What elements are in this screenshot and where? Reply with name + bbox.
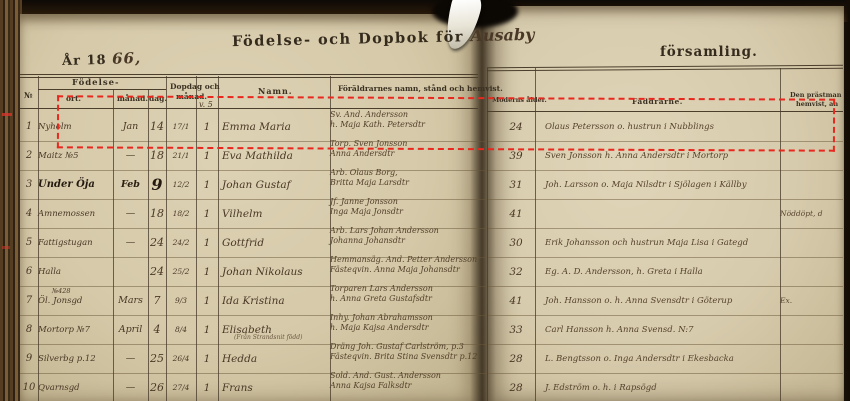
cell-godparents: Eg. A. D. Andersson, h. Greta i Halla bbox=[537, 267, 780, 277]
header-no: № bbox=[24, 90, 33, 100]
record-row: 10 Qvarnsgd — 26 27/4 1 Frans Sold. And.… bbox=[20, 373, 850, 401]
cell-number: 3 bbox=[20, 179, 38, 190]
cell-father: Arb. Olaus Borg, bbox=[330, 168, 482, 178]
cell-month: April bbox=[113, 324, 148, 335]
record-row: 4 Amnemossen — 18 18/2 1 Vilhelm Jf. Jan… bbox=[20, 199, 850, 228]
cell-father: Torparen Lars Andersson bbox=[330, 284, 482, 294]
cell-number: 4 bbox=[20, 208, 38, 219]
header-dopdag-1: Dopdag och bbox=[170, 82, 220, 91]
cell-mother-age: 28 bbox=[495, 382, 537, 394]
cell-godparents: Joh. Larsson o. Maja Nilsdtr i Sjölagen … bbox=[537, 180, 780, 190]
cell-baptism-date: 18/2 bbox=[166, 209, 196, 218]
record-row: 9 Silverbg p.12 — 25 26/4 1 Hedda Dräng … bbox=[20, 344, 850, 373]
cell-number: 2 bbox=[20, 150, 38, 161]
cell-birthplace: Maitz №5 bbox=[38, 151, 113, 161]
cell-mother: Britta Maja Larsdtr bbox=[330, 178, 482, 188]
cell-child-count: 1 bbox=[196, 295, 218, 307]
record-row: 6 Halla 24 25/2 1 Johan Nikolaus Hemmans… bbox=[20, 257, 850, 286]
cell-baptism-date: 25/2 bbox=[166, 267, 196, 276]
cell-birthplace: Under Öja bbox=[38, 179, 113, 190]
cell-father: Jf. Janne Jonsson bbox=[330, 197, 482, 207]
cell-parents: Arb. Olaus Borg,Britta Maja Larsdtr bbox=[330, 168, 482, 187]
cell-baptism-date: 8/4 bbox=[166, 325, 196, 334]
cell-mother: h. Maja Kajsa Andersdtr bbox=[330, 323, 482, 333]
rule-header-top-left bbox=[20, 74, 478, 75]
cell-month: — bbox=[113, 382, 148, 393]
highlight-annotation-box bbox=[57, 95, 835, 151]
cell-name: Frans bbox=[218, 382, 330, 394]
cell-birthplace-note: №428 bbox=[52, 287, 71, 295]
cell-mother-age: 41 bbox=[495, 208, 537, 220]
cell-parents: Torparen Lars Anderssonh. Anna Greta Gus… bbox=[330, 284, 482, 303]
cell-mother-age: 39 bbox=[495, 150, 537, 162]
cell-month: — bbox=[113, 208, 148, 219]
cell-baptism-date: 24/2 bbox=[166, 238, 196, 247]
cell-name: Elisabeth(Från Strandsnit född) bbox=[218, 324, 330, 336]
cell-child-count: 1 bbox=[196, 179, 218, 191]
cell-month: Feb bbox=[113, 179, 148, 190]
cell-father: Dräng Joh. Gustaf Carlström, p.3 bbox=[330, 342, 482, 352]
cell-name: Gottfrid bbox=[218, 237, 330, 249]
cell-remark: Ex. bbox=[780, 296, 850, 305]
cell-mother: Fästeqvin. Brita Stina Svensdtr p.12 bbox=[330, 352, 482, 362]
cell-month: — bbox=[113, 150, 148, 161]
book-title-parish-handwritten: Ausaby bbox=[470, 25, 534, 45]
red-stray-mark bbox=[2, 246, 10, 249]
cell-baptism-date: 21/1 bbox=[166, 151, 196, 160]
cell-mother-age: 30 bbox=[495, 237, 537, 249]
cell-parents: Dräng Joh. Gustaf Carlström, p.3Fästeqvi… bbox=[330, 342, 482, 361]
cell-number: 5 bbox=[20, 237, 38, 248]
cell-day: 24 bbox=[148, 265, 166, 278]
cell-godparents: Erik Johansson och hustrun Maja Lisa i G… bbox=[537, 238, 780, 248]
cell-day: 26 bbox=[148, 381, 166, 394]
record-row: 8 Mortorp №7 April 4 8/4 1 Elisabeth(Frå… bbox=[20, 315, 850, 344]
year-line: År 18 66, bbox=[62, 49, 142, 69]
cell-father: Arb. Lars Johan Andersson bbox=[330, 226, 482, 236]
cell-child-count: 1 bbox=[196, 237, 218, 249]
cell-father: Sold. And. Gust. Andersson bbox=[330, 371, 482, 381]
cell-birthplace: Amnemossen bbox=[38, 209, 113, 219]
cell-birthplace: №428Öl. Jonsgd bbox=[38, 296, 113, 306]
cell-mother: Inga Maja Jonsdtr bbox=[330, 207, 482, 217]
cell-name: Ida Kristina bbox=[218, 295, 330, 307]
register-book-scan: Födelse- och Dopbok för Ausaby församlin… bbox=[0, 0, 850, 401]
cell-number: 6 bbox=[20, 266, 38, 277]
book-binding bbox=[0, 0, 22, 401]
cell-mother-age: 31 bbox=[495, 179, 537, 191]
cell-mother-age: 33 bbox=[495, 324, 537, 336]
cell-day: 18 bbox=[148, 149, 166, 162]
cell-mother-age: 41 bbox=[495, 295, 537, 307]
cell-number: 7 bbox=[20, 295, 38, 306]
cell-parents: Sold. And. Gust. AnderssonAnna Kajsa Fal… bbox=[330, 371, 482, 390]
cell-day: 18 bbox=[148, 207, 166, 220]
cell-number: 8 bbox=[20, 324, 38, 335]
cell-parents: Arb. Lars Johan AnderssonJohanna Johansd… bbox=[330, 226, 482, 245]
year-printed: År 18 bbox=[62, 53, 107, 69]
cell-name: Johan Nikolaus bbox=[218, 266, 330, 278]
cell-child-count: 1 bbox=[196, 266, 218, 278]
header-birth-group: Födelse- bbox=[72, 78, 120, 88]
cell-godparents: Carl Hansson h. Anna Svensd. N:7 bbox=[537, 325, 780, 335]
cell-mother: Fästeqvin. Anna Maja Johansdtr bbox=[330, 265, 482, 275]
cell-remark: Nöddöpt, d bbox=[780, 209, 850, 218]
cell-baptism-date: 9/3 bbox=[166, 296, 196, 305]
cell-mother: Anna Kajsa Falksdtr bbox=[330, 381, 482, 391]
cell-day: 24 bbox=[148, 236, 166, 249]
cell-baptism-date: 12/2 bbox=[166, 180, 196, 189]
cell-mother: Johanna Johansdtr bbox=[330, 236, 482, 246]
cell-birthplace: Silverbg p.12 bbox=[38, 354, 113, 364]
cell-child-count: 1 bbox=[196, 150, 218, 162]
record-row: 3 Under Öja Feb 9 12/2 1 Johan Gustaf Ar… bbox=[20, 170, 850, 199]
cell-name: Eva Mathilda bbox=[218, 150, 330, 162]
cell-godparents: Joh. Hansson o. h. Anna Svensdtr i Göter… bbox=[537, 296, 780, 306]
header-foraldrar: Föräldrarnes namn, stånd och hemvist. bbox=[338, 84, 503, 93]
cell-parents: Inhy. Johan Abrahamssonh. Maja Kajsa And… bbox=[330, 313, 482, 332]
cell-name: Vilhelm bbox=[218, 208, 330, 220]
record-row: 7 №428Öl. Jonsgd Mars 7 9/3 1 Ida Kristi… bbox=[20, 286, 850, 315]
cell-birthplace: Qvarnsgd bbox=[38, 383, 113, 393]
cell-child-count: 1 bbox=[196, 324, 218, 336]
cell-name: Johan Gustaf bbox=[218, 179, 330, 191]
cell-day: 4 bbox=[148, 323, 166, 336]
cell-month: — bbox=[113, 353, 148, 364]
cell-mother-age: 28 bbox=[495, 353, 537, 365]
year-handwritten: 66, bbox=[112, 49, 142, 68]
record-row: 5 Fattigstugan — 24 24/2 1 Gottfrid Arb.… bbox=[20, 228, 850, 257]
cell-day: 7 bbox=[148, 294, 166, 307]
cell-day: 9 bbox=[148, 175, 166, 194]
cell-name-note: (Från Strandsnit född) bbox=[234, 334, 302, 341]
cell-godparents: Sven Jonsson h. Anna Andersdtr i Mortorp bbox=[537, 151, 780, 161]
cell-name: Hedda bbox=[218, 353, 330, 365]
cell-godparents: J. Edström o. h. i Rapsögd bbox=[537, 383, 780, 393]
cell-birthplace: Mortorp №7 bbox=[38, 325, 113, 335]
cell-mother: h. Anna Greta Gustafsdtr bbox=[330, 294, 482, 304]
cell-birthplace: Fattigstugan bbox=[38, 238, 113, 248]
red-stray-mark bbox=[2, 113, 12, 116]
cell-baptism-date: 26/4 bbox=[166, 354, 196, 363]
cell-father: Inhy. Johan Abrahamsson bbox=[330, 313, 482, 323]
cell-child-count: 1 bbox=[196, 353, 218, 365]
header-namn: Namn. bbox=[258, 86, 293, 96]
cell-parents: Jf. Janne JonssonInga Maja Jonsdtr bbox=[330, 197, 482, 216]
cell-godparents: L. Bengtsson o. Inga Andersdtr i Ekesbac… bbox=[537, 354, 780, 364]
cell-number: 1 bbox=[20, 121, 38, 132]
rule-birth-subheader bbox=[38, 89, 166, 90]
cell-parents: Hemmansäg. And. Petter AnderssonFästeqvi… bbox=[330, 255, 482, 274]
cell-month: Mars bbox=[113, 295, 148, 306]
cell-number: 10 bbox=[20, 382, 38, 393]
cell-child-count: 1 bbox=[196, 208, 218, 220]
cell-mother-age: 32 bbox=[495, 266, 537, 278]
book-title-right: församling. bbox=[660, 44, 758, 60]
cell-day: 25 bbox=[148, 352, 166, 365]
cell-father: Hemmansäg. And. Petter Andersson bbox=[330, 255, 482, 265]
cell-baptism-date: 27/4 bbox=[166, 383, 196, 392]
cell-number: 9 bbox=[20, 353, 38, 364]
cell-month: — bbox=[113, 237, 148, 248]
cell-birthplace: Halla bbox=[38, 267, 113, 277]
cell-child-count: 1 bbox=[196, 382, 218, 394]
